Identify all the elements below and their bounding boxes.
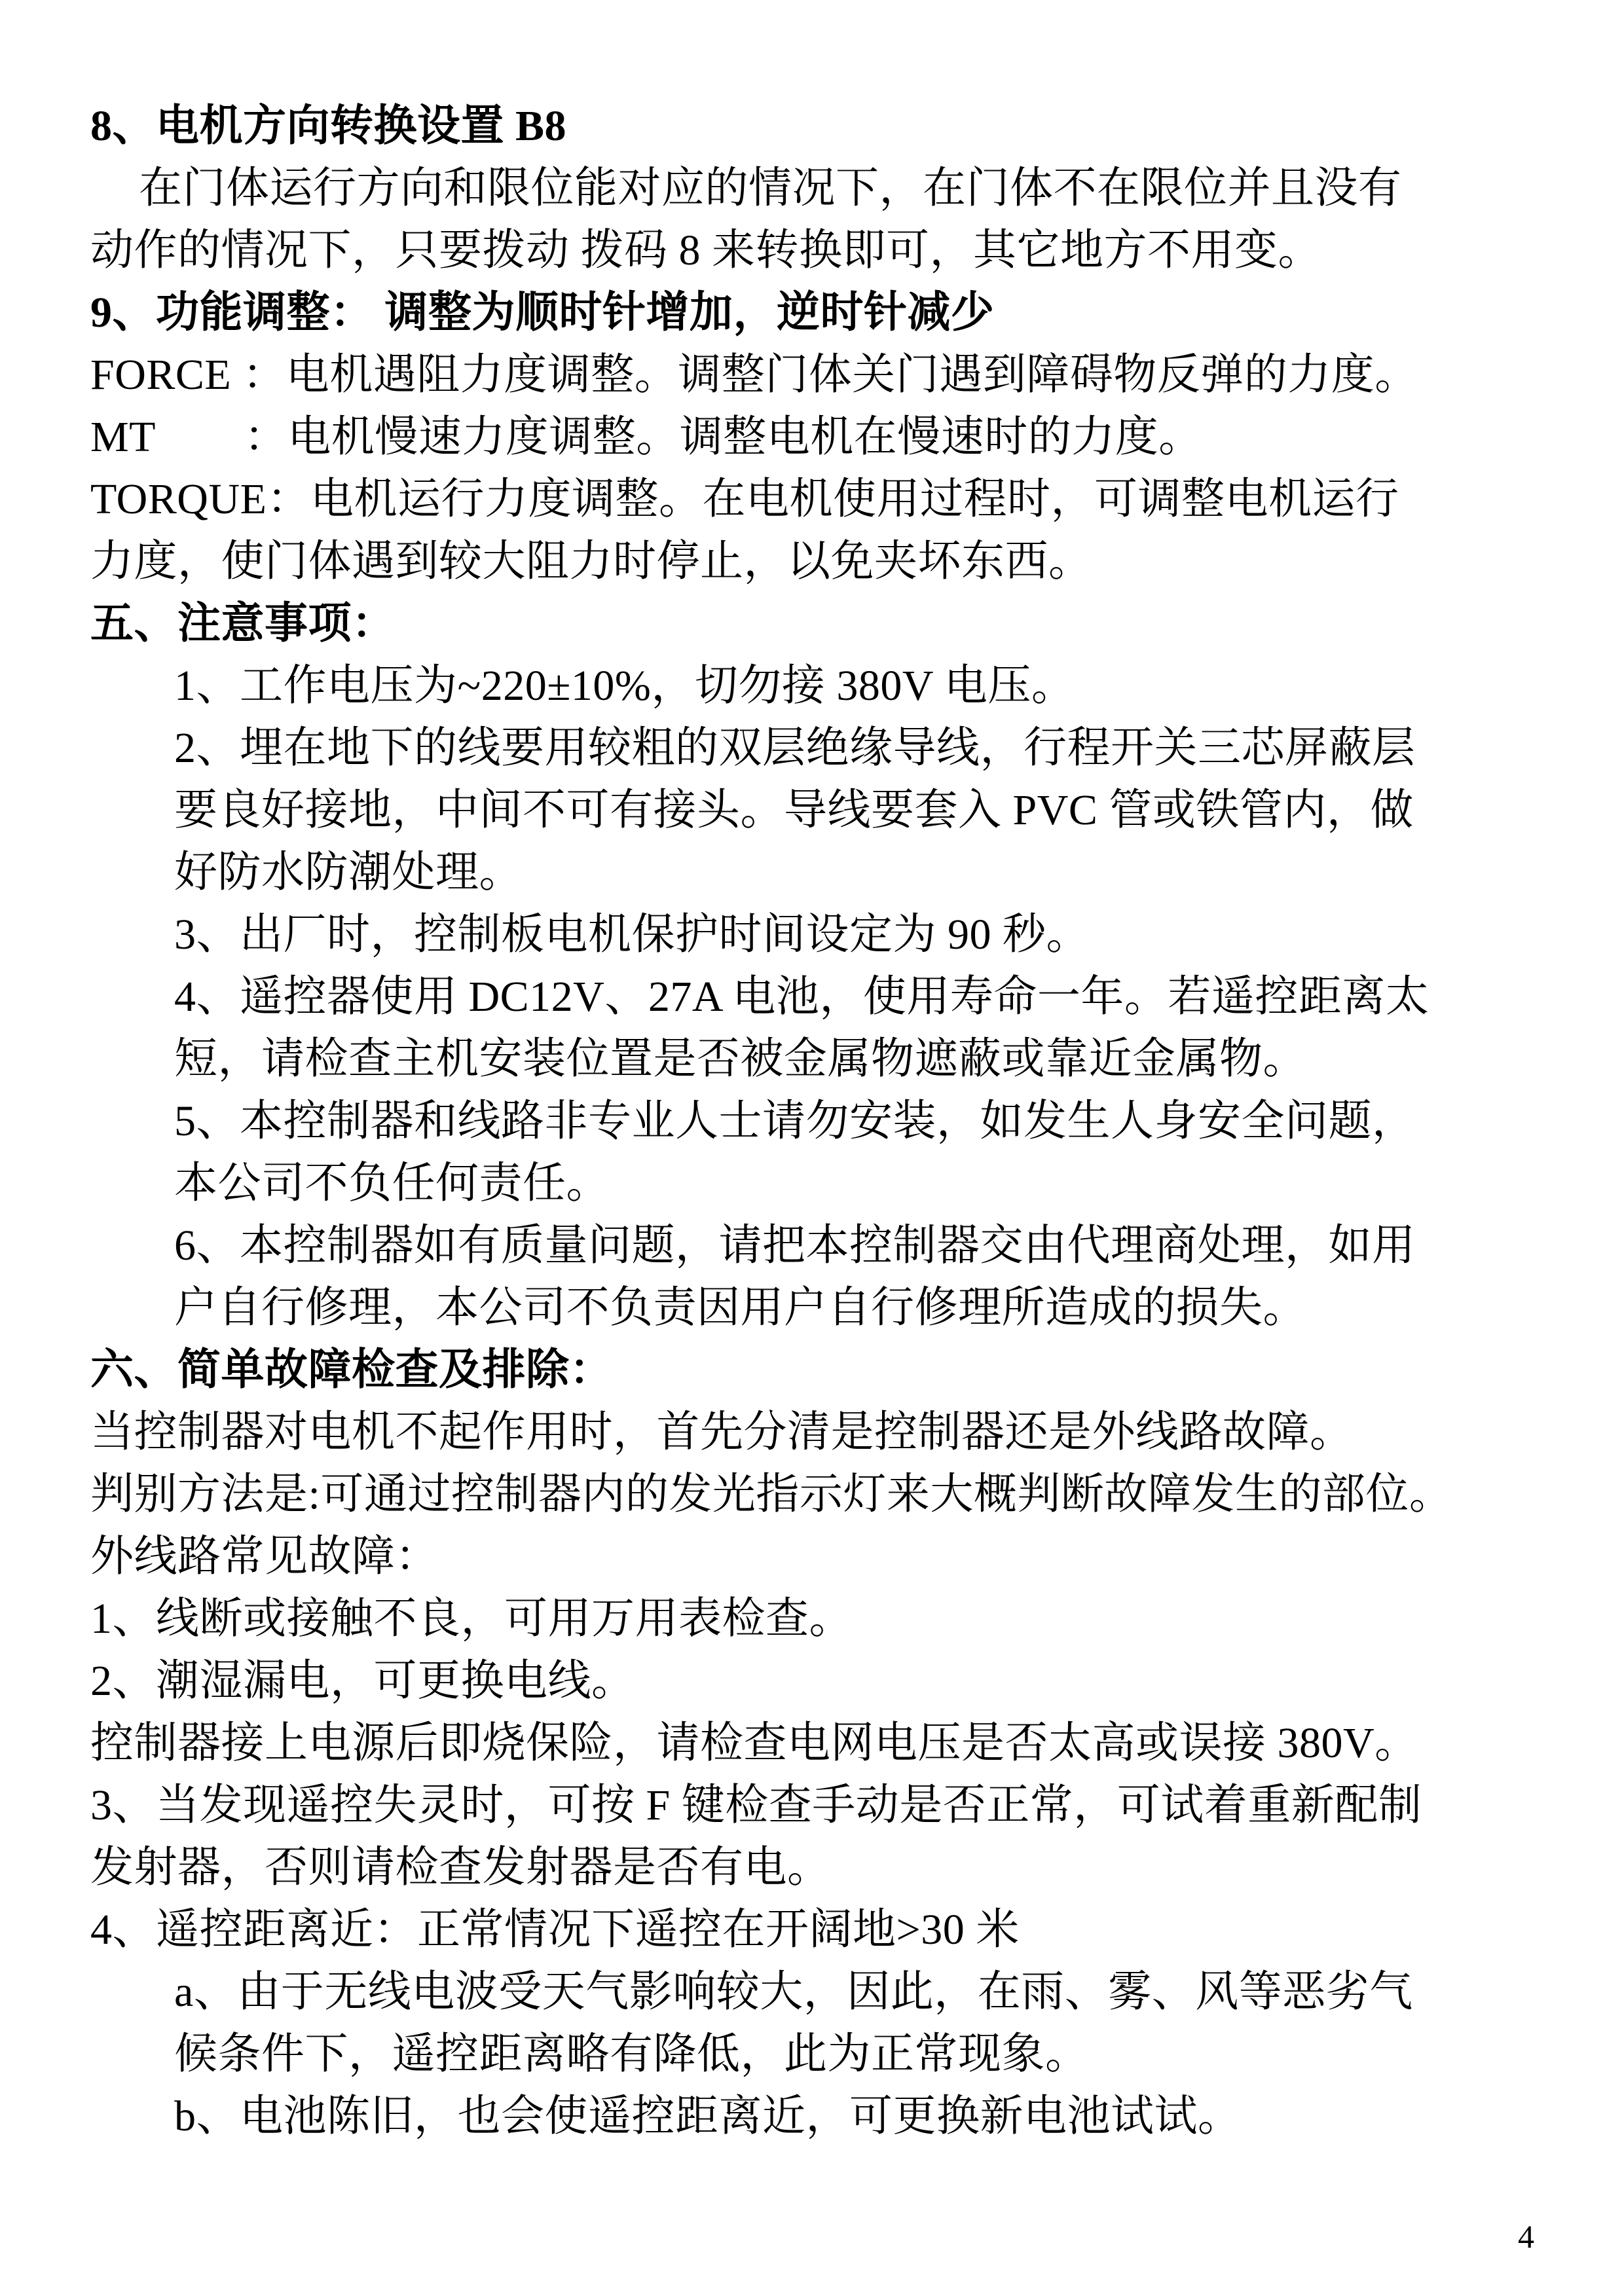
page-number: 4 bbox=[1518, 2217, 1534, 2256]
force-adjust-line: FORCE ：电机遇阻力度调整。调整门体关门遇到障碍物反弹的力度。 bbox=[90, 344, 1538, 406]
fault-sub-item-a: a、由于无线电波受天气影响较大，因此，在雨、雾、风等恶劣气 bbox=[174, 1961, 1538, 2023]
note-item-2-cont: 好防水防潮处理。 bbox=[174, 841, 1538, 903]
section-notes-heading: 五、注意事项： bbox=[90, 592, 1538, 655]
note-item-6: 6、本控制器如有质量问题，请把本控制器交由代理商处理，如用 bbox=[174, 1214, 1538, 1277]
section-troubleshooting-heading: 六、简单故障检查及排除： bbox=[90, 1339, 1538, 1401]
fault-item-1: 1、线断或接触不良，可用万用表检查。 bbox=[90, 1588, 1538, 1650]
note-item-4-cont: 短，请检查主机安装位置是否被金属物遮蔽或靠近金属物。 bbox=[174, 1028, 1538, 1090]
note-item-5-cont: 本公司不负任何责任。 bbox=[174, 1152, 1538, 1214]
fault-sub-item-b: b、电池陈旧，也会使遥控距离近，可更换新电池试试。 bbox=[174, 2085, 1538, 2147]
note-item-5: 5、本控制器和线路非专业人士请勿安装，如发生人身安全问题， bbox=[174, 1090, 1538, 1152]
torque-adjust-line: TORQUE：电机运行力度调整。在电机使用过程时，可调整电机运行 bbox=[90, 468, 1538, 530]
document-page: 8、电机方向转换设置 B8 在门体运行方向和限位能对应的情况下，在门体不在限位并… bbox=[0, 0, 1624, 2296]
note-item-2: 2、埋在地下的线要用较粗的双层绝缘导线，行程开关三芯屏蔽层 bbox=[174, 717, 1538, 779]
fault-item-2: 2、潮湿漏电，可更换电线。 bbox=[90, 1650, 1538, 1712]
fault-item-3-cont: 发射器，否则请检查发射器是否有电。 bbox=[90, 1836, 1538, 1899]
section-8-paragraph-line: 在门体运行方向和限位能对应的情况下，在门体不在限位并且没有 bbox=[139, 157, 1538, 219]
mt-adjust-line: MT ：电机慢速力度调整。调整电机在慢速时的力度。 bbox=[90, 406, 1538, 468]
troubleshooting-line: 外线路常见故障： bbox=[90, 1525, 1538, 1588]
note-item-3: 3、出厂时，控制板电机保护时间设定为 90 秒。 bbox=[174, 903, 1538, 966]
fault-item-3: 3、当发现遥控失灵时，可按 F 键检查手动是否正常，可试着重新配制 bbox=[90, 1774, 1538, 1836]
note-item-4: 4、遥控器使用 DC12V、27A 电池，使用寿命一年。若遥控距离太 bbox=[174, 966, 1538, 1028]
torque-adjust-line-cont: 力度，使门体遇到较大阻力时停止，以免夹坏东西。 bbox=[90, 530, 1538, 592]
fault-sub-item-a-cont: 候条件下，遥控距离略有降低，此为正常现象。 bbox=[174, 2023, 1538, 2085]
note-item-2-cont: 要良好接地，中间不可有接头。导线要套入 PVC 管或铁管内，做 bbox=[174, 779, 1538, 841]
section-8-paragraph-line: 动作的情况下，只要拨动 拨码 8 来转换即可，其它地方不用变。 bbox=[90, 219, 1538, 282]
section-8-heading: 8、电机方向转换设置 B8 bbox=[90, 95, 1538, 157]
note-item-1: 1、工作电压为~220±10%，切勿接 380V 电压。 bbox=[174, 655, 1538, 717]
troubleshooting-line: 判别方法是:可通过控制器内的发光指示灯来大概判断故障发生的部位。 bbox=[90, 1463, 1538, 1525]
fault-item-4: 4、遥控距离近：正常情况下遥控在开阔地>30 米 bbox=[90, 1899, 1538, 1961]
note-item-6-cont: 户自行修理，本公司不负责因用户自行修理所造成的损失。 bbox=[174, 1277, 1538, 1339]
troubleshooting-line: 控制器接上电源后即烧保险，请检查电网电压是否太高或误接 380V。 bbox=[90, 1712, 1538, 1774]
troubleshooting-line: 当控制器对电机不起作用时，首先分清是控制器还是外线路故障。 bbox=[90, 1401, 1538, 1463]
section-9-heading: 9、功能调整： 调整为顺时针增加，逆时针减少 bbox=[90, 282, 1538, 344]
